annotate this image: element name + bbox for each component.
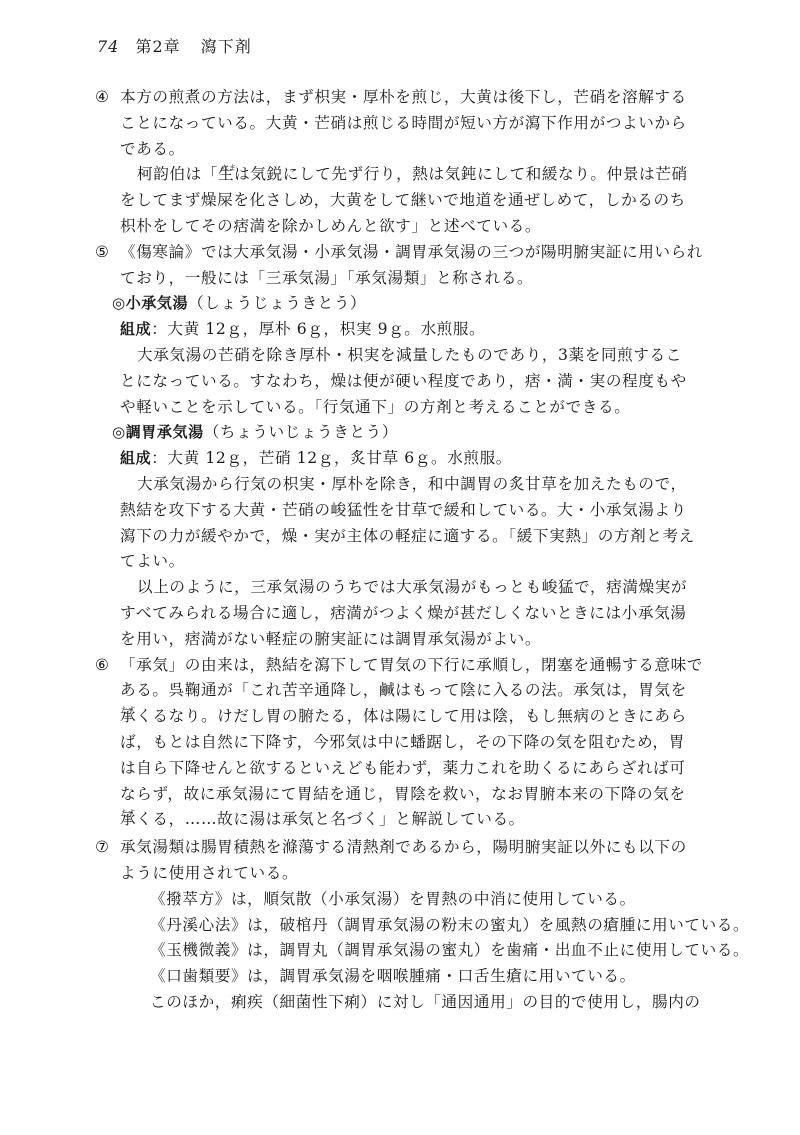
formula-composition: 組成：大黄 12ｇ，芒硝 12ｇ，炙甘草 6ｇ。水煎服。 bbox=[95, 446, 707, 472]
item-marker-7: ⑦ bbox=[95, 835, 120, 861]
chapter-title: 瀉下剤 bbox=[201, 37, 252, 56]
item-4-line-1: ④本方の煎煮の方法は，まず枳実・厚朴を煎じ，大黄は後下し，芒硝を溶解する bbox=[95, 85, 707, 111]
item-marker-4: ④ bbox=[95, 85, 120, 111]
item-6-line: たす承くるなり。けだし胃の腑たる，体は陽にして用は陰，もし無病のときにあら bbox=[95, 704, 707, 730]
formula-reading: （ちょういじょうきとう） bbox=[204, 423, 398, 441]
formula-heading-shoujoukitou: ◎小承気湯（しょうじょうきとう） bbox=[95, 291, 707, 317]
formula-title: ◎調胃承気湯 bbox=[112, 423, 204, 441]
formula-heading-chouijoukitou: ◎調胃承気湯（ちょういじょうきとう） bbox=[95, 420, 707, 446]
formula-desc-line: とになっている。すなわち，燥は便が硬い程度であり，痞・満・実の程度もや bbox=[95, 369, 707, 395]
item-6-line: ならず，故に承気湯にて胃結を通じ，胃陰を救い，なお胃腑本来の下降の気を bbox=[95, 782, 707, 808]
item-5-line-2: ており，一般には「三承気湯」「承気湯類」と称される。 bbox=[95, 266, 707, 292]
book-page: 74 第2章 瀉下剤 ④本方の煎煮の方法は，まず枳実・厚朴を煎じ，大黄は後下し，… bbox=[0, 0, 800, 1135]
ruby-tasu: たす bbox=[121, 698, 135, 724]
usage-line: 《口歯類要》は，調胃承気湯を咽喉腫痛・口舌生瘡に用いている。 bbox=[95, 964, 707, 990]
usage-line: 《玉機微義》は，調胃丸（調胃承気湯の蜜丸）を歯痛・出血不止に使用している。 bbox=[95, 938, 707, 964]
composition-label: 組成 bbox=[120, 449, 151, 467]
body-text: ④本方の煎煮の方法は，まず枳実・厚朴を煎じ，大黄は後下し，芒硝を溶解する ことに… bbox=[95, 85, 707, 1016]
item-marker-6: ⑥ bbox=[95, 653, 120, 679]
item-6-line-1: ⑥「承気」の由来は，熱結を瀉下して胃気の下行に承順し，閉塞を通暢する意味で bbox=[95, 653, 707, 679]
formula-desc-line: 瀉下の力が緩やかで，燥・実が主体の軽症に適する。「緩下実熱」の方剤と考え bbox=[95, 524, 707, 550]
item-7-line: ように使用されている。 bbox=[95, 861, 707, 887]
tail-line: このほか，痢疾（細菌性下痢）に対し「通因通用」の目的で使用し，腸内の bbox=[95, 990, 707, 1016]
formula-composition: 組成：大黄 12ｇ，厚朴 6ｇ，枳実 9ｇ。水煎服。 bbox=[95, 317, 707, 343]
formula-desc-line: 大承気湯の芒硝を除き厚朴・枳実を減量したものであり，3薬を同煎するこ bbox=[95, 343, 707, 369]
formula-desc-line: や軽いことを示している。「行気通下」の方剤と考えることができる。 bbox=[95, 395, 707, 421]
quote-line-3: 枳朴をしてその痞満を除かしめんと欲す」と述べている。 bbox=[95, 214, 707, 240]
item-4-line-2: ことになっている。大黄・芒硝は煎じる時間が短い方が瀉下作用がつよいから bbox=[95, 111, 707, 137]
summary-line: 以上のように，三承気湯のうちでは大承気湯がもっとも峻猛で，痞満燥実が bbox=[95, 575, 707, 601]
composition-label: 組成 bbox=[120, 320, 151, 338]
ruby-nama: なま bbox=[222, 156, 236, 182]
item-7-line-1: ⑦承気湯類は腸胃積熱を滌蕩する清熱剤であるから，陽明腑実証以外にも以下の bbox=[95, 835, 707, 861]
summary-line: を用い，痞満がない軽症の腑実証には調胃承気湯がよい。 bbox=[95, 627, 707, 653]
summary-line: すべてみられる場合に適し，痞満がつよく燥が甚だしくないときには小承気湯 bbox=[95, 601, 707, 627]
item-6-line: ある。呉鞠通が「これ苦辛通降し，鹹はもって陰に入るの法。承気は，胃気を bbox=[95, 678, 707, 704]
usage-line: 《丹溪心法》は，破棺丹（調胃承気湯の粉末の蜜丸）を風熱の瘡腫に用いている。 bbox=[95, 913, 707, 939]
formula-title: ◎小承気湯 bbox=[112, 294, 188, 312]
formula-reading: （しょうじょうきとう） bbox=[188, 294, 366, 312]
chapter-label: 第2章 bbox=[135, 37, 180, 56]
item-6-line: たす承くる，……故に湯は承気と名づく」と解説している。 bbox=[95, 807, 707, 833]
item-6-line: ば，もとは自然に下降す，今邪気は中に蟠踞し，その下降の気を阻むため，胃 bbox=[95, 730, 707, 756]
formula-desc-line: 熱結を攻下する大黄・芒硝の峻猛性を甘草で緩和している。大・小承気湯より bbox=[95, 498, 707, 524]
ruby-tasu: たす bbox=[121, 801, 135, 827]
item-6-line: は自ら下降せんと欲するといえども能わず，薬力これを助くるにあらざれば可 bbox=[95, 756, 707, 782]
quote-line-1: なま柯韵伯は「生は気鋭にして先ず行り，熱は気鈍にして和緩なり。仲景は芒硝 bbox=[95, 162, 707, 188]
formula-desc-line: 大承気湯から行気の枳実・厚朴を除き，和中調胃の炙甘草を加えたもので， bbox=[95, 472, 707, 498]
page-number: 74 bbox=[97, 37, 119, 56]
item-marker-5: ⑤ bbox=[95, 240, 120, 266]
formula-desc-line: てよい。 bbox=[95, 549, 707, 575]
item-4-line-3: である。 bbox=[95, 137, 707, 163]
usage-line: 《撥萃方》は，順気散（小承気湯）を胃熱の中消に使用している。 bbox=[95, 887, 707, 913]
quote-line-2: をしてまず燥屎を化さしめ，大黄をして継いで地道を通ぜしめて，しかるのち bbox=[95, 188, 707, 214]
item-5-line-1: ⑤《傷寒論》では大承気湯・小承気湯・調胃承気湯の三つが陽明腑実証に用いられ bbox=[95, 240, 707, 266]
running-header: 74 第2章 瀉下剤 bbox=[97, 34, 252, 57]
